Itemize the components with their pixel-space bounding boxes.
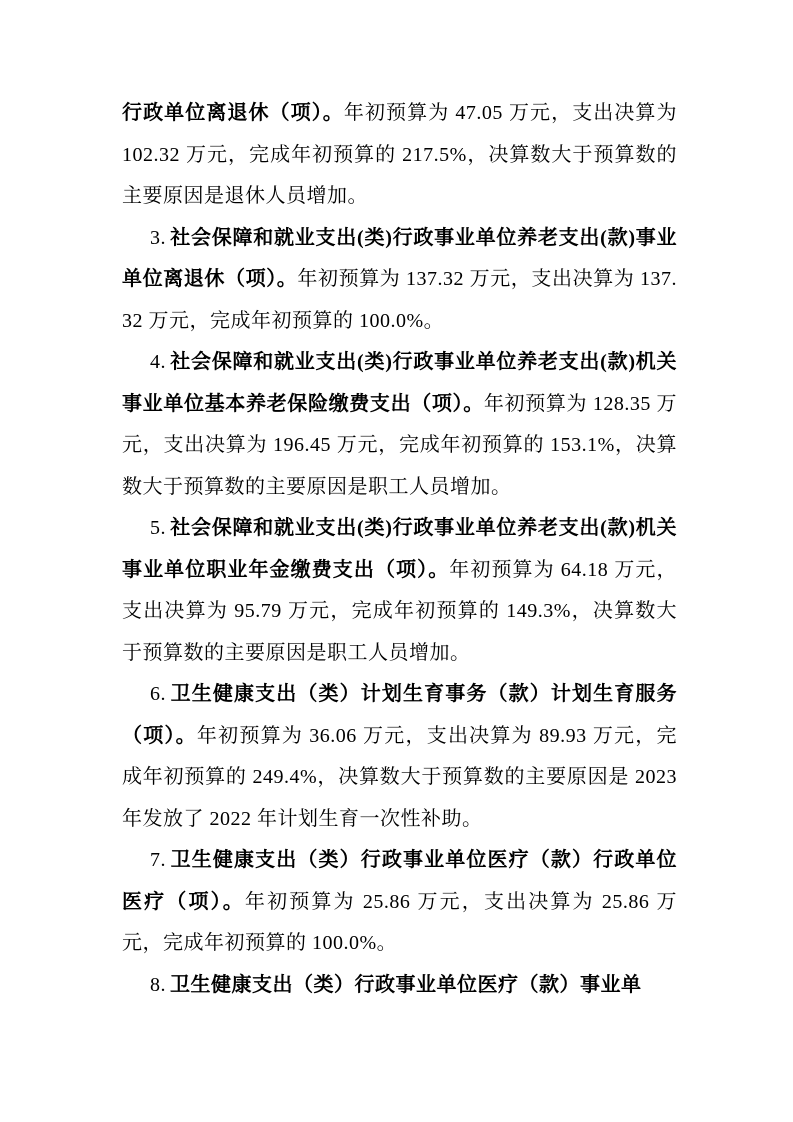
paragraph-body-text: 年初预算为 36.06 万元，支出决算为 89.93 万元，完成年初预算的 24… — [122, 725, 677, 830]
paragraph-number: 3. — [150, 227, 170, 249]
paragraph: 3.社会保障和就业支出(类)行政事业单位养老支出(款)事业单位离退休（项）。年初… — [122, 218, 677, 343]
paragraph: 5.社会保障和就业支出(类)行政事业单位养老支出(款)机关事业单位职业年金缴费支… — [122, 508, 677, 674]
paragraph-number: 7. — [150, 849, 170, 871]
paragraph-heading: 卫生健康支出（类）行政事业单位医疗（款）事业单 — [170, 974, 642, 996]
paragraph: 7.卫生健康支出（类）行政事业单位医疗（款）行政单位医疗（项）。年初预算为 25… — [122, 840, 677, 965]
paragraph-number: 8. — [150, 974, 170, 996]
paragraph-heading: 行政单位离退休（项）。 — [122, 102, 344, 124]
paragraph-number: 4. — [150, 351, 170, 373]
paragraph-number: 5. — [150, 517, 170, 539]
paragraph: 4.社会保障和就业支出(类)行政事业单位养老支出(款)机关事业单位基本养老保险缴… — [122, 342, 677, 508]
document-page: 行政单位离退休（项）。年初预算为 47.05 万元，支出决算为 102.32 万… — [0, 0, 793, 1122]
document-body: 行政单位离退休（项）。年初预算为 47.05 万元，支出决算为 102.32 万… — [122, 93, 677, 1006]
paragraph-number: 6. — [150, 683, 170, 705]
paragraph: 6.卫生健康支出（类）计划生育事务（款）计划生育服务（项）。年初预算为 36.0… — [122, 674, 677, 840]
paragraph: 8.卫生健康支出（类）行政事业单位医疗（款）事业单 — [122, 965, 677, 1007]
paragraph: 行政单位离退休（项）。年初预算为 47.05 万元，支出决算为 102.32 万… — [122, 93, 677, 218]
